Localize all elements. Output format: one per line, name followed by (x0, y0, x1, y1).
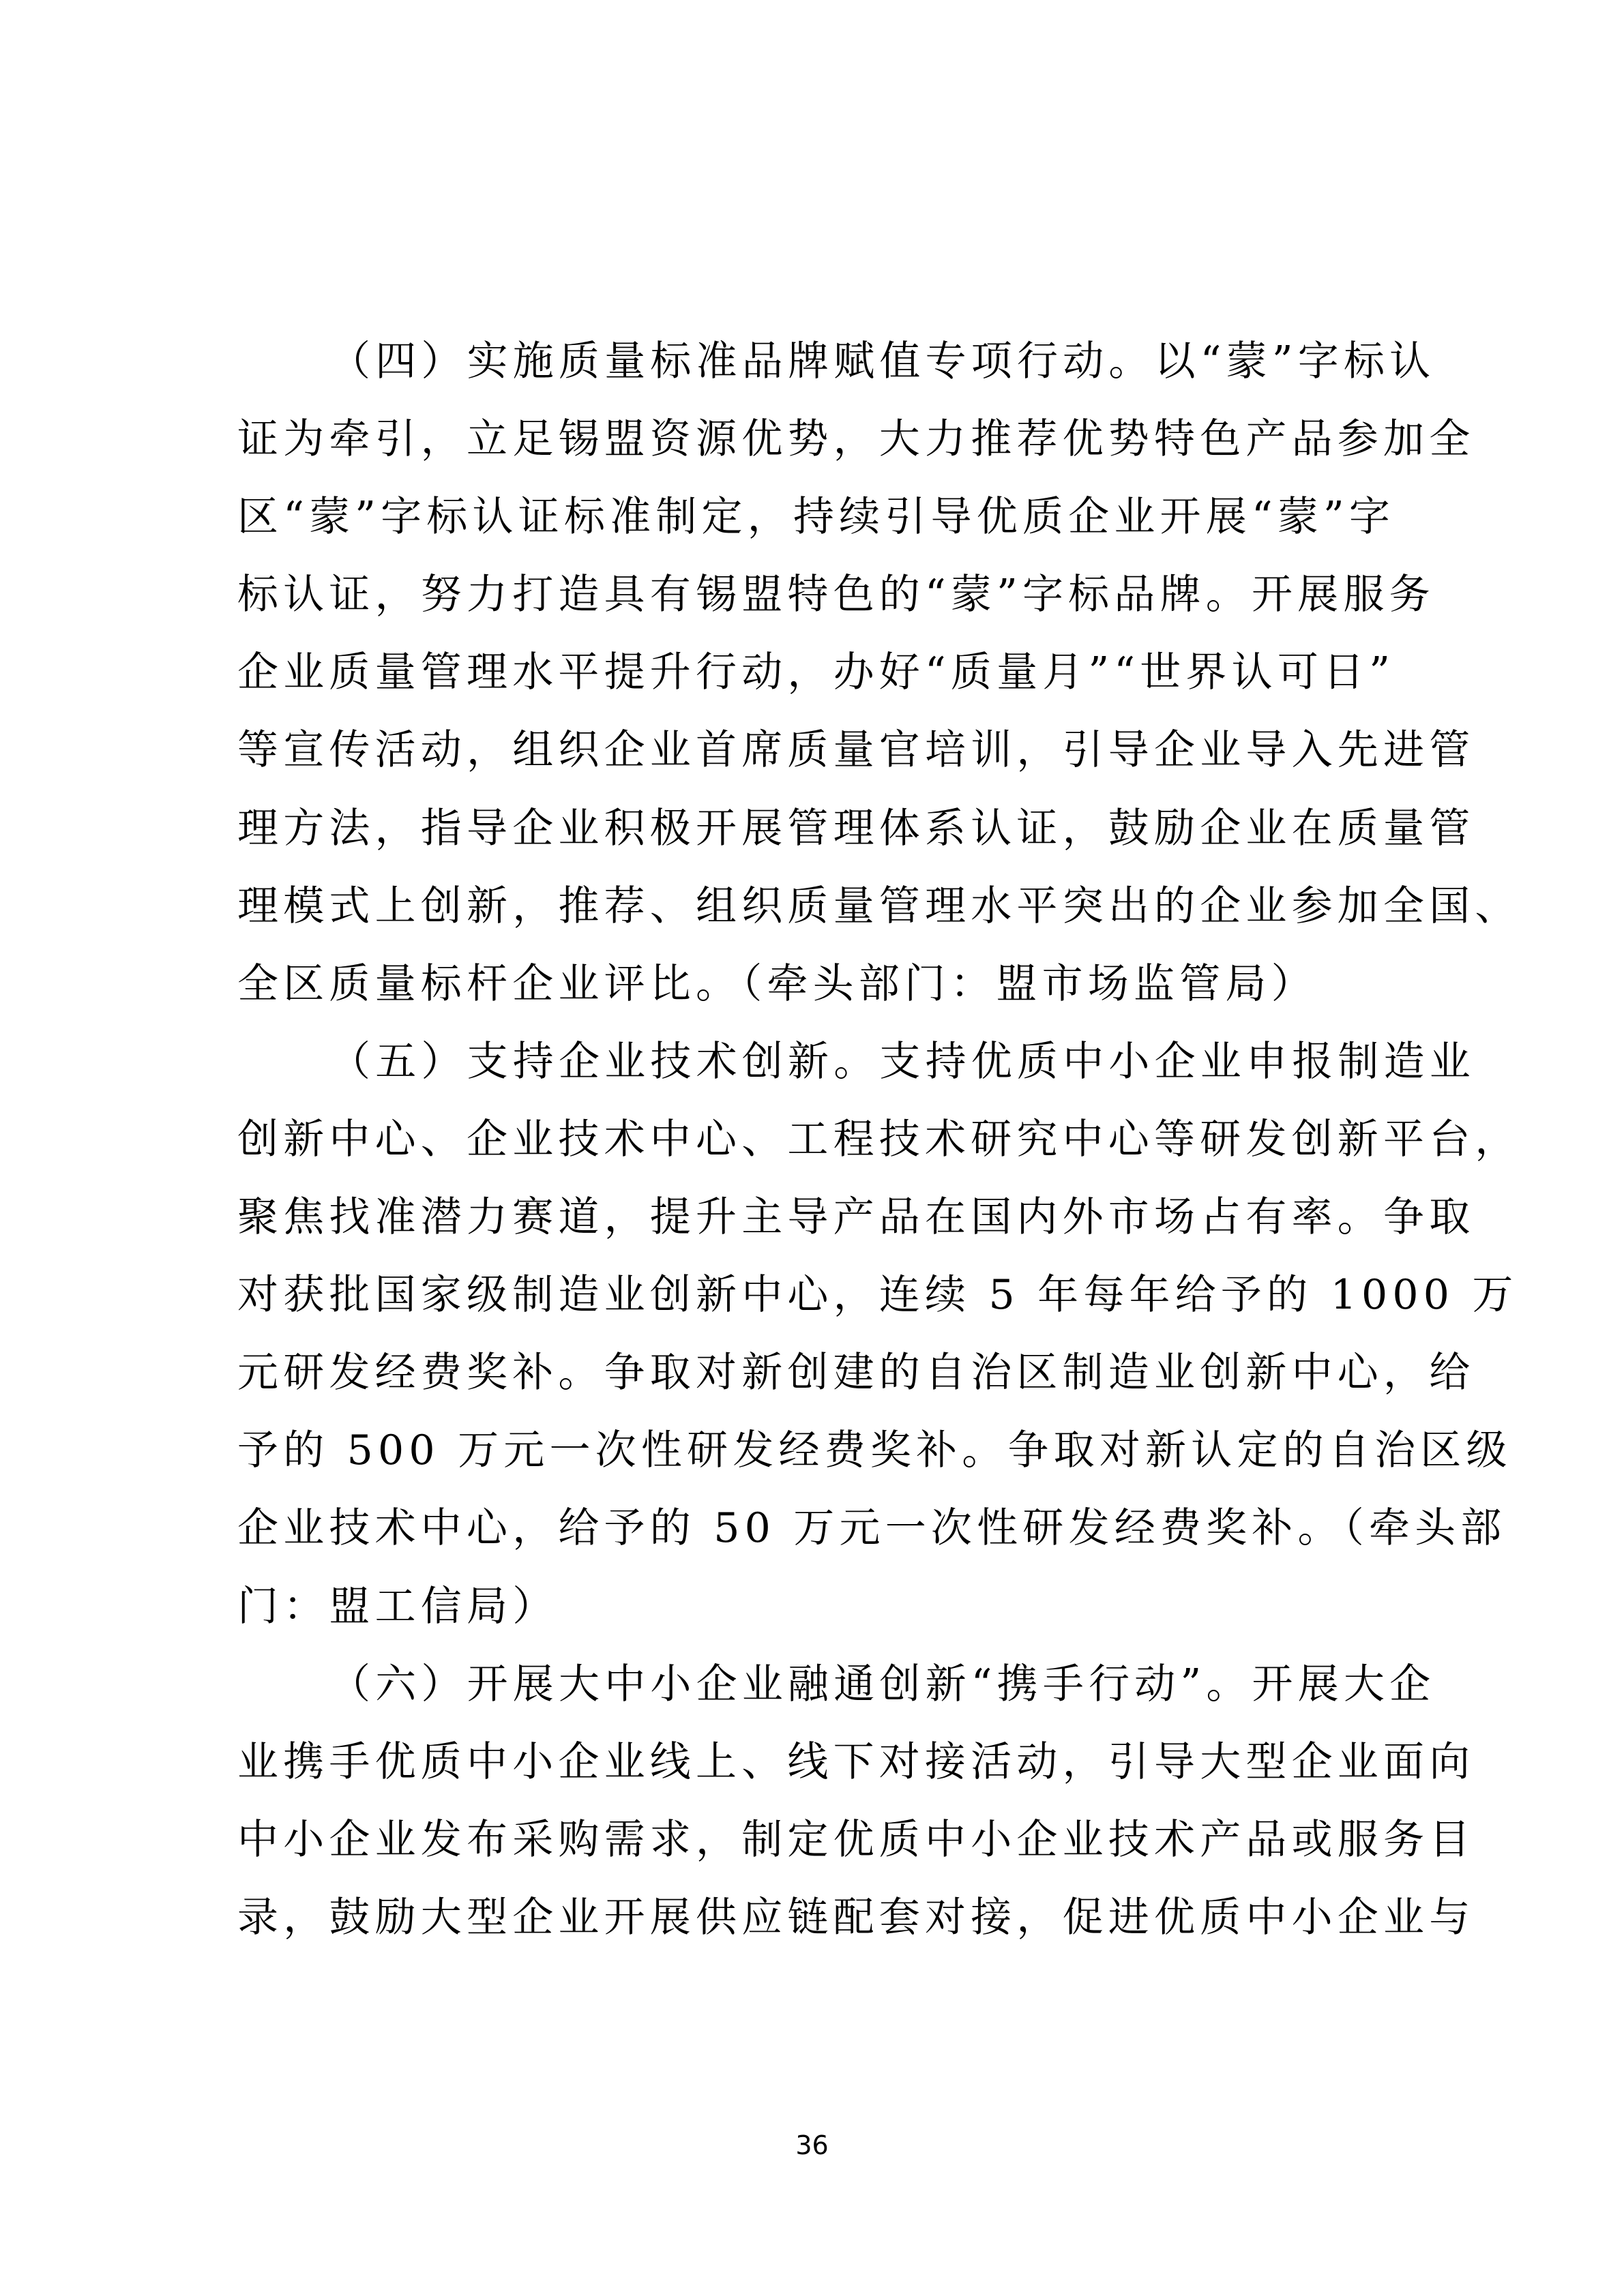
paragraph-section-6: （六）开展大中小企业融通创新“携手行动”。开展大企 业携手优质中小企业线上、线下… (237, 1654, 1397, 1965)
document-page: （四）实施质量标准品牌赋值专项行动。以“蒙”字标认 证为牵引，立足锡盟资源优势，… (0, 0, 1624, 2296)
text-line: 对获批国家级制造业创新中心，连续 5 年每年给予的 1000 万 (237, 1264, 1391, 1342)
page-number: 36 (0, 2129, 1624, 2162)
paragraph-section-4: （四）实施质量标准品牌赋值专项行动。以“蒙”字标认 证为牵引，立足锡盟资源优势，… (237, 331, 1397, 1031)
text-line: 等宣传活动，组织企业首席质量官培训，引导企业导入先进管 (237, 719, 1391, 797)
text-line: 创新中心、企业技术中心、工程技术研究中心等研发创新平台， (237, 1109, 1391, 1187)
text-line: 理模式上创新，推荐、组织质量管理水平突出的企业参加全国、 (237, 876, 1391, 953)
text-line: （四）实施质量标准品牌赋值专项行动。以“蒙”字标认 (237, 331, 1391, 408)
text-line: 录，鼓励大型企业开展供应链配套对接，促进优质中小企业与 (237, 1887, 1391, 1965)
text-line: 标认证，努力打造具有锡盟特色的“蒙”字标品牌。开展服务 (237, 564, 1391, 642)
text-line: （五）支持企业技术创新。支持优质中小企业申报制造业 (237, 1031, 1391, 1109)
text-line: 区“蒙”字标认证标准制定，持续引导优质企业开展“蒙”字 (237, 486, 1391, 564)
body-text: （四）实施质量标准品牌赋值专项行动。以“蒙”字标认 证为牵引，立足锡盟资源优势，… (237, 331, 1397, 1965)
text-line: 理方法，指导企业积极开展管理体系认证，鼓励企业在质量管 (237, 798, 1391, 876)
text-line: 企业技术中心，给予的 50 万元一次性研发经费奖补。（牵头部 (237, 1497, 1391, 1575)
paragraph-section-5: （五）支持企业技术创新。支持优质中小企业申报制造业 创新中心、企业技术中心、工程… (237, 1031, 1397, 1654)
text-line: 中小企业发布采购需求，制定优质中小企业技术产品或服务目 (237, 1809, 1391, 1887)
text-line: 予的 500 万元一次性研发经费奖补。争取对新认定的自治区级 (237, 1420, 1391, 1497)
text-line: （六）开展大中小企业融通创新“携手行动”。开展大企 (237, 1654, 1391, 1731)
text-line: 全区质量标杆企业评比。（牵头部门：盟市场监管局） (237, 953, 1391, 1031)
text-line: 元研发经费奖补。争取对新创建的自治区制造业创新中心，给 (237, 1342, 1391, 1420)
text-line: 企业质量管理水平提升行动，办好“质量月”“世界认可日” (237, 642, 1391, 719)
text-line: 聚焦找准潜力赛道，提升主导产品在国内外市场占有率。争取 (237, 1187, 1391, 1264)
text-line: 证为牵引，立足锡盟资源优势，大力推荐优势特色产品参加全 (237, 408, 1391, 486)
text-line: 业携手优质中小企业线上、线下对接活动，引导大型企业面向 (237, 1731, 1391, 1809)
text-line: 门：盟工信局） (237, 1576, 1391, 1654)
